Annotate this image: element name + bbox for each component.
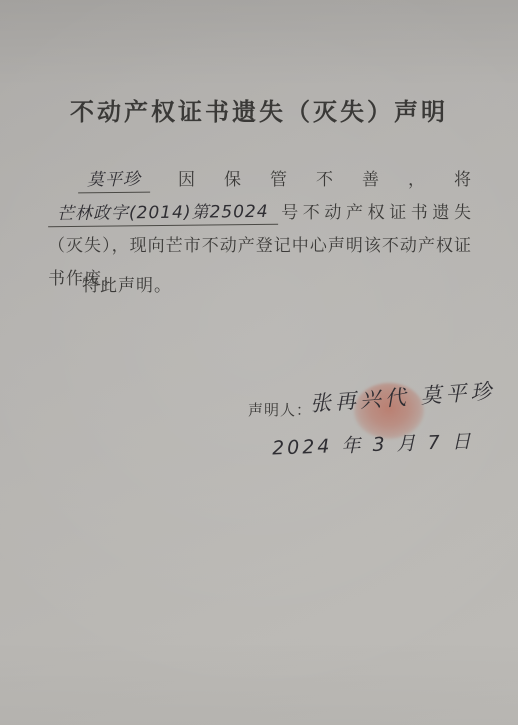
certificate-number-handwritten: 芒林政字(2014)第25024 (48, 200, 278, 227)
signature-date-handwritten: 2024 年 3 月 7 日 (272, 426, 475, 460)
owner-name-handwritten: 莫平珍 (78, 168, 150, 194)
declarant-label: 声明人： (248, 399, 312, 420)
declarant-signature-handwritten: 张再兴代 莫平珍 (309, 375, 496, 418)
signature-block: 声明人： 张再兴代 莫平珍 2024 年 3 月 7 日 (240, 385, 515, 480)
document-photo: 不动产权证书遗失（灭失）声明 莫平珍因保管不善，将芒林政字(2014)第2502… (0, 0, 518, 725)
document-title: 不动产权证书遗失（灭失）声明 (0, 92, 518, 127)
body-text-before-number: 因保管不善，将 (150, 170, 472, 189)
closing-statement: 特此声明。 (82, 271, 172, 296)
